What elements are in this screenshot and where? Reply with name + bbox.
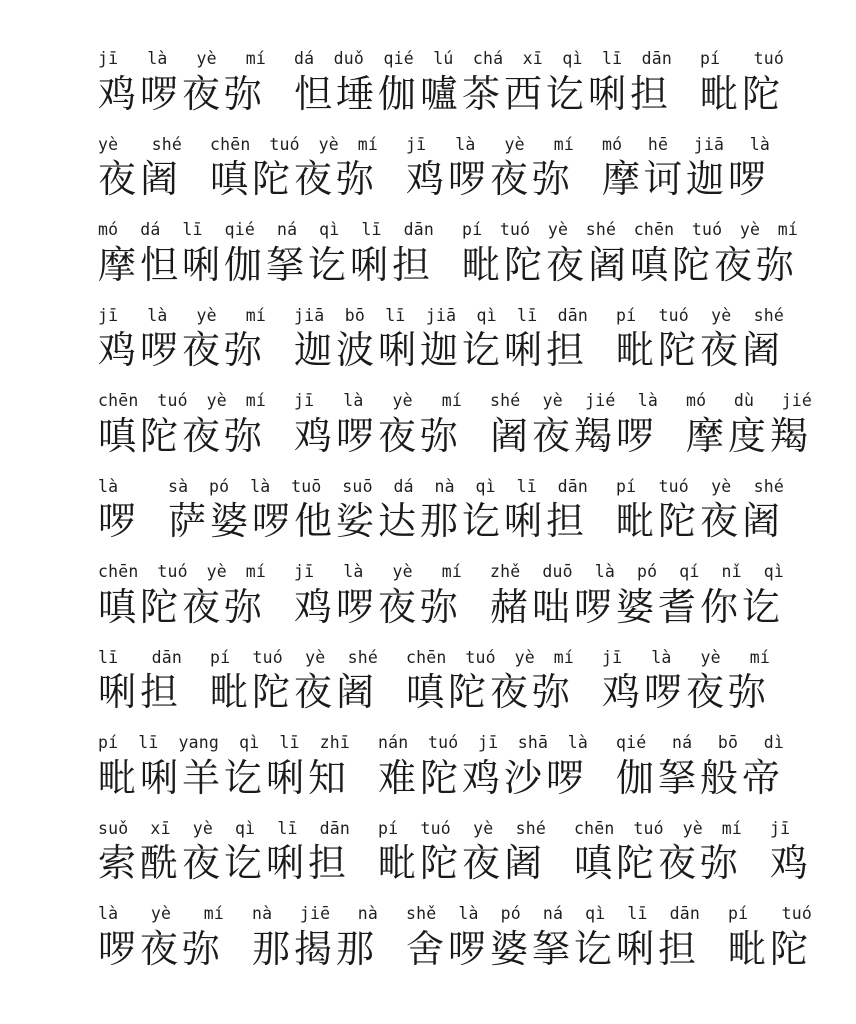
hanzi-text: 那揭那	[252, 931, 378, 971]
mantra-line: là yè mí啰夜弥nà jiē nà那揭那shě là pó ná qì l…	[98, 885, 836, 971]
mantra-segment: chēn tuó yè mí嗔陀夜弥	[574, 821, 742, 885]
hanzi-text: 夜阇	[98, 161, 182, 201]
hanzi-text: 摩诃迦啰	[602, 161, 770, 201]
hanzi-text: 伽拏般帝	[616, 760, 784, 800]
hanzi-text: 赭咄啰婆耆你讫	[490, 589, 784, 629]
mantra-segment: pí tuó yè shé毗陀夜阇	[616, 308, 784, 372]
mantra-segment: pí tuó yè shé毗陀夜阇	[378, 821, 546, 885]
pinyin-annotation: jiā bō lī jiā qì lī dān	[294, 308, 588, 325]
pinyin-annotation: chēn tuó yè mí	[406, 650, 574, 667]
mantra-line: mó dá lī qié ná qì lī dān摩怛唎伽拏讫唎担pí tuó …	[98, 201, 836, 287]
pinyin-annotation: sà pó là tuō suō dá nà qì lī dān	[168, 479, 588, 496]
hanzi-text: 鸡啰夜弥	[98, 76, 266, 116]
pinyin-annotation: dá duǒ qié lú chá xī qì lī dān	[294, 51, 672, 68]
hanzi-text: 怛埵伽嚧茶西讫唎担	[294, 76, 672, 116]
mantra-segment: shě là pó ná qì lī dān舍啰婆拏讫唎担	[406, 906, 700, 970]
mantra-segment: pí tuó毗陀	[728, 906, 812, 970]
hanzi-text: 毗陀	[728, 931, 812, 971]
mantra-segment: lī dān唎担	[98, 650, 182, 714]
pinyin-annotation: jī là yè mí	[294, 564, 462, 581]
hanzi-text: 毗陀夜阇嗔陀夜弥	[462, 247, 798, 287]
hanzi-text: 毗陀夜阇	[616, 332, 784, 372]
pinyin-annotation: shě là pó ná qì lī dān	[406, 906, 700, 923]
mantra-segment: jī鸡	[770, 821, 812, 885]
mantra-line: chēn tuó yè mí嗔陀夜弥jī là yè mí鸡啰夜弥shé yè …	[98, 372, 836, 458]
pinyin-annotation: pí lī yang qì lī zhī	[98, 735, 350, 752]
pinyin-annotation: chēn tuó yè mí	[574, 821, 742, 838]
pinyin-annotation: pí tuó yè shé	[378, 821, 546, 838]
hanzi-text: 嗔陀夜弥	[406, 674, 574, 714]
mantra-line: lī dān唎担pí tuó yè shé毗陀夜阇chēn tuó yè mí嗔…	[98, 629, 836, 715]
pinyin-annotation: nà jiē nà	[252, 906, 378, 923]
mantra-segment: dá duǒ qié lú chá xī qì lī dān怛埵伽嚧茶西讫唎担	[294, 51, 672, 115]
pinyin-annotation: là	[98, 479, 140, 496]
pinyin-annotation: jī	[770, 821, 812, 838]
hanzi-text: 摩度羯	[686, 418, 812, 458]
mantra-segment: là啰	[98, 479, 140, 543]
mantra-segment: mó dá lī qié ná qì lī dān摩怛唎伽拏讫唎担	[98, 222, 434, 286]
mantra-segment: jī là yè mí鸡啰夜弥	[294, 564, 462, 628]
mantra-segment: mó dù jié摩度羯	[686, 393, 812, 457]
mantra-segment: sà pó là tuō suō dá nà qì lī dān萨婆啰他娑达那讫…	[168, 479, 588, 543]
hanzi-text: 嗔陀夜弥	[210, 161, 378, 201]
pinyin-annotation: chēn tuó yè mí	[98, 393, 266, 410]
mantra-segment: pí tuó yè shé毗陀夜阇	[616, 479, 784, 543]
mantra-segment: pí tuó yè shé毗陀夜阇	[210, 650, 378, 714]
pinyin-annotation: chēn tuó yè mí	[210, 137, 378, 154]
hanzi-text: 摩怛唎伽拏讫唎担	[98, 247, 434, 287]
mantra-segment: là yè mí啰夜弥	[98, 906, 224, 970]
hanzi-text: 萨婆啰他娑达那讫唎担	[168, 503, 588, 543]
mantra-segment: nán tuó jī shā là难陀鸡沙啰	[378, 735, 588, 799]
mantra-segment: chēn tuó yè mí嗔陀夜弥	[406, 650, 574, 714]
pinyin-annotation: suǒ xī yè qì lī dān	[98, 821, 350, 838]
mantra-line: chēn tuó yè mí嗔陀夜弥jī là yè mí鸡啰夜弥zhě duō…	[98, 543, 836, 629]
pinyin-annotation: mó hē jiā là	[602, 137, 770, 154]
pinyin-annotation: jī là yè mí	[602, 650, 770, 667]
mantra-segment: mó hē jiā là摩诃迦啰	[602, 137, 770, 201]
hanzi-text: 鸡	[770, 845, 812, 885]
pinyin-annotation: pí tuó yè shé	[616, 308, 784, 325]
pinyin-annotation: là yè mí	[98, 906, 224, 923]
hanzi-text: 嗔陀夜弥	[98, 589, 266, 629]
mantra-line: suǒ xī yè qì lī dān索酰夜讫唎担pí tuó yè shé毗陀…	[98, 800, 836, 886]
mantra-segment: pí tuó yè shé chēn tuó yè mí毗陀夜阇嗔陀夜弥	[462, 222, 798, 286]
hanzi-text: 舍啰婆拏讫唎担	[406, 931, 700, 971]
hanzi-text: 索酰夜讫唎担	[98, 845, 350, 885]
pinyin-annotation: pí tuó yè shé	[616, 479, 784, 496]
hanzi-text: 唎担	[98, 674, 182, 714]
mantra-segment: jī là yè mí鸡啰夜弥	[602, 650, 770, 714]
mantra-segment: chēn tuó yè mí嗔陀夜弥	[210, 137, 378, 201]
pinyin-annotation: pí tuó yè shé	[210, 650, 378, 667]
pinyin-annotation: nán tuó jī shā là	[378, 735, 588, 752]
mantra-line: yè shé夜阇chēn tuó yè mí嗔陀夜弥jī là yè mí鸡啰夜…	[98, 116, 836, 202]
pinyin-annotation: chēn tuó yè mí	[98, 564, 266, 581]
mantra-segment: jī là yè mí鸡啰夜弥	[98, 308, 266, 372]
mantra-segment: nà jiē nà那揭那	[252, 906, 378, 970]
mantra-segment: suǒ xī yè qì lī dān索酰夜讫唎担	[98, 821, 350, 885]
hanzi-text: 迦波唎迦讫唎担	[294, 332, 588, 372]
pinyin-annotation: pí tuó yè shé chēn tuó yè mí	[462, 222, 798, 239]
hanzi-text: 啰	[98, 503, 140, 543]
hanzi-text: 难陀鸡沙啰	[378, 760, 588, 800]
mantra-segment: qié ná bō dì伽拏般帝	[616, 735, 784, 799]
mantra-segment: pí tuó毗陀	[700, 51, 784, 115]
mantra-segment: zhě duō là pó qí nǐ qì赭咄啰婆耆你讫	[490, 564, 784, 628]
mantra-segment: yè shé夜阇	[98, 137, 182, 201]
mantra-segment: jī là yè mí鸡啰夜弥	[406, 137, 574, 201]
hanzi-text: 鸡啰夜弥	[98, 332, 266, 372]
pinyin-annotation: mó dù jié	[686, 393, 812, 410]
hanzi-text: 鸡啰夜弥	[294, 418, 462, 458]
hanzi-text: 啰夜弥	[98, 931, 224, 971]
pinyin-annotation: jī là yè mí	[406, 137, 574, 154]
mantra-segment: jī là yè mí鸡啰夜弥	[98, 51, 266, 115]
mantra-segment: shé yè jié là阇夜羯啰	[490, 393, 658, 457]
hanzi-text: 嗔陀夜弥	[574, 845, 742, 885]
mantra-segment: chēn tuó yè mí嗔陀夜弥	[98, 564, 266, 628]
mantra-line: pí lī yang qì lī zhī毗唎羊讫唎知nán tuó jī shā…	[98, 714, 836, 800]
mantra-segment: chēn tuó yè mí嗔陀夜弥	[98, 393, 266, 457]
pinyin-annotation: jī là yè mí	[98, 51, 266, 68]
hanzi-text: 毗陀夜阇	[210, 674, 378, 714]
hanzi-text: 毗陀夜阇	[616, 503, 784, 543]
pinyin-annotation: yè shé	[98, 137, 182, 154]
hanzi-text: 鸡啰夜弥	[294, 589, 462, 629]
pinyin-annotation: pí tuó	[728, 906, 812, 923]
pinyin-annotation: pí tuó	[700, 51, 784, 68]
hanzi-text: 毗陀	[700, 76, 784, 116]
pinyin-annotation: jī là yè mí	[294, 393, 462, 410]
pinyin-annotation: lī dān	[98, 650, 182, 667]
mantra-lines-container: jī là yè mí鸡啰夜弥dá duǒ qié lú chá xī qì l…	[98, 30, 836, 971]
pinyin-annotation: shé yè jié là	[490, 393, 658, 410]
pinyin-annotation: qié ná bō dì	[616, 735, 784, 752]
hanzi-text: 嗔陀夜弥	[98, 418, 266, 458]
mantra-segment: jī là yè mí鸡啰夜弥	[294, 393, 462, 457]
pinyin-annotation: jī là yè mí	[98, 308, 266, 325]
hanzi-text: 鸡啰夜弥	[602, 674, 770, 714]
mantra-line: là啰sà pó là tuō suō dá nà qì lī dān萨婆啰他娑…	[98, 458, 836, 544]
mantra-line: jī là yè mí鸡啰夜弥jiā bō lī jiā qì lī dān迦波…	[98, 287, 836, 373]
hanzi-text: 毗唎羊讫唎知	[98, 760, 350, 800]
mantra-segment: jiā bō lī jiā qì lī dān迦波唎迦讫唎担	[294, 308, 588, 372]
pinyin-annotation: mó dá lī qié ná qì lī dān	[98, 222, 434, 239]
hanzi-text: 毗陀夜阇	[378, 845, 546, 885]
mantra-page: jī là yè mí鸡啰夜弥dá duǒ qié lú chá xī qì l…	[0, 0, 856, 1024]
mantra-segment: pí lī yang qì lī zhī毗唎羊讫唎知	[98, 735, 350, 799]
hanzi-text: 鸡啰夜弥	[406, 161, 574, 201]
mantra-line: jī là yè mí鸡啰夜弥dá duǒ qié lú chá xī qì l…	[98, 30, 836, 116]
hanzi-text: 阇夜羯啰	[490, 418, 658, 458]
pinyin-annotation: zhě duō là pó qí nǐ qì	[490, 564, 784, 581]
